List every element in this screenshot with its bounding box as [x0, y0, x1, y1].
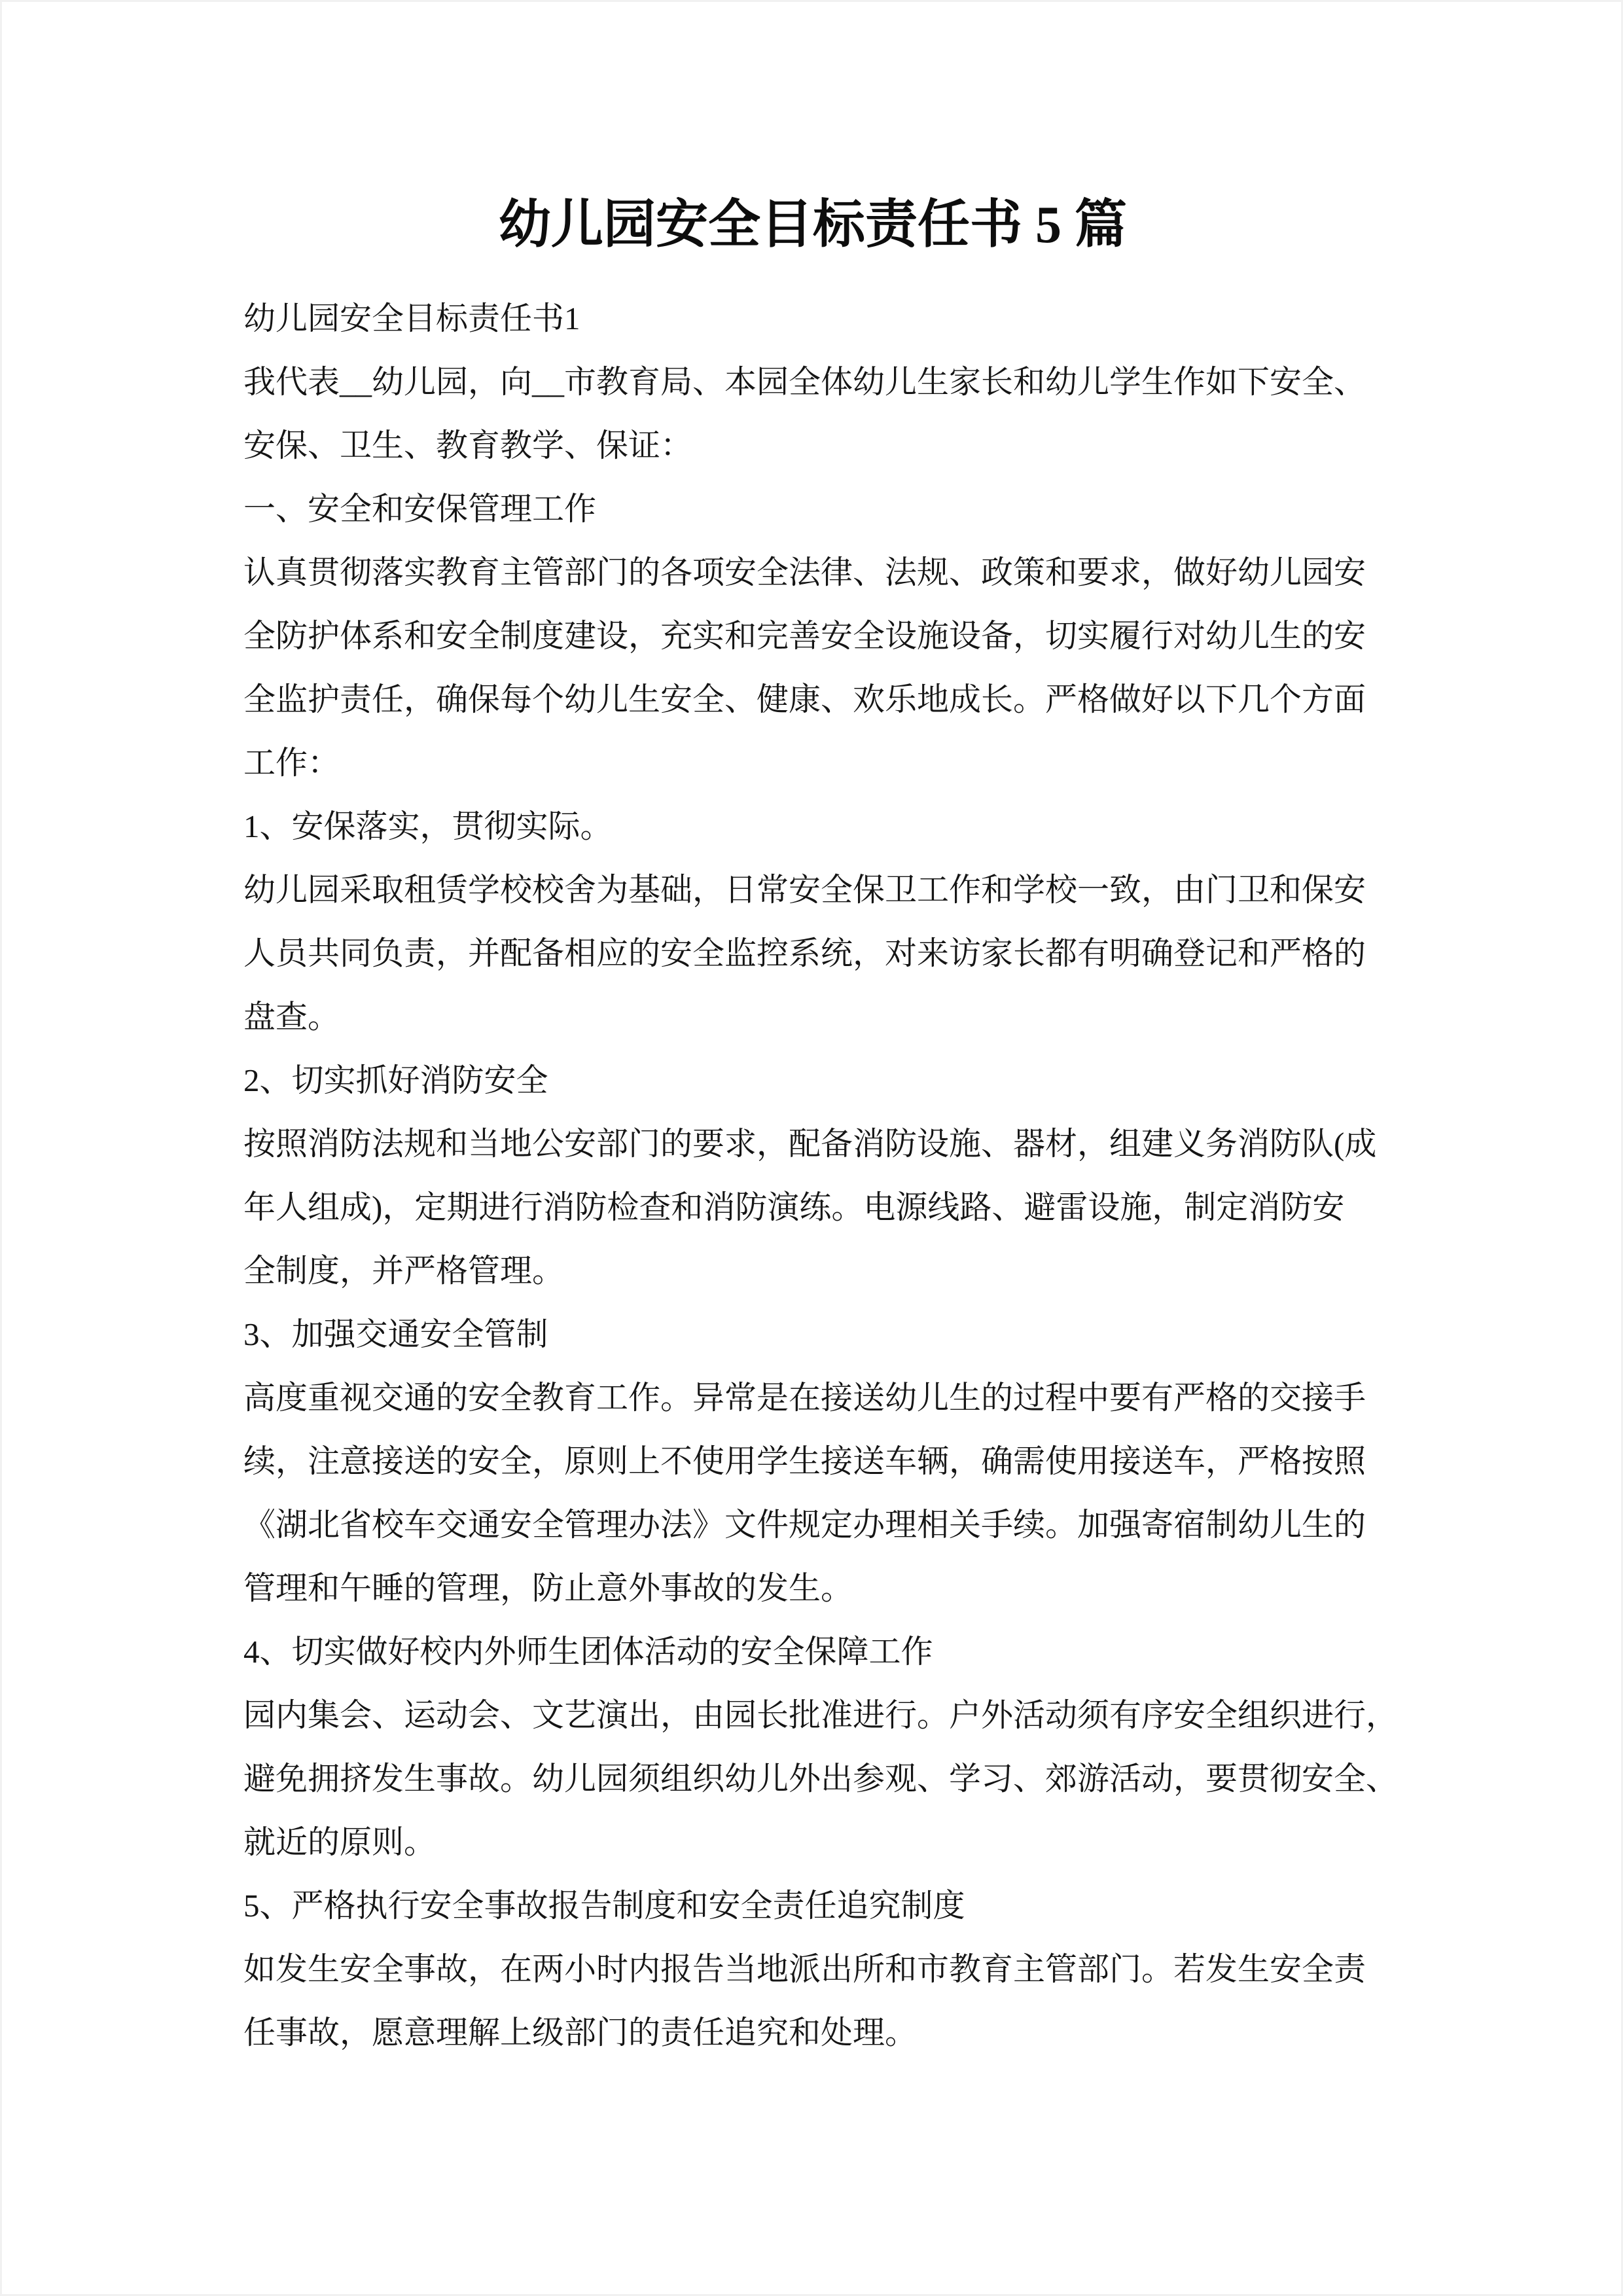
paragraph-line: 园内集会、运动会、文艺演出，由园长批准进行。户外活动须有序安全组织进行，	[243, 1683, 1382, 1747]
paragraph-line: 续，注意接送的安全，原则上不使用学生接送车辆，确需使用接送车，严格按照	[243, 1429, 1382, 1493]
paragraph-line: 人员共同负责，并配备相应的安全监控系统，对来访家长都有明确登记和严格的	[243, 922, 1382, 985]
paragraph-line: 1、安保落实，贯彻实际。	[243, 795, 1382, 858]
paragraph-line: 管理和午睡的管理，防止意外事故的发生。	[243, 1556, 1382, 1620]
paragraph-line: 5、严格执行安全事故报告制度和安全责任追究制度	[243, 1874, 1382, 1937]
paragraph-line: 认真贯彻落实教育主管部门的各项安全法律、法规、政策和要求，做好幼儿园安	[243, 541, 1382, 604]
paragraph-line: 2、切实抓好消防安全	[243, 1049, 1382, 1112]
paragraph-line: 《湖北省校车交通安全管理办法》文件规定办理相关手续。加强寄宿制幼儿生的	[243, 1493, 1382, 1556]
paragraph-line: 就近的原则。	[243, 1810, 1382, 1874]
paragraph-line: 4、切实做好校内外师生团体活动的安全保障工作	[243, 1620, 1382, 1683]
paragraph-line: 幼儿园安全目标责任书1	[243, 287, 1382, 350]
document-content: 幼儿园安全目标责任书 5 篇 幼儿园安全目标责任书1 我代表__幼儿园，向__市…	[243, 0, 1382, 2064]
paragraph-line: 任事故，愿意理解上级部门的责任追究和处理。	[243, 2001, 1382, 2064]
paragraph-line: 幼儿园采取租赁学校校舍为基础，日常安全保卫工作和学校一致，由门卫和保安	[243, 858, 1382, 922]
paragraph-line: 按照消防法规和当地公安部门的要求，配备消防设施、器材，组建义务消防队(成	[243, 1112, 1382, 1175]
paragraph-line: 一、安全和安保管理工作	[243, 477, 1382, 541]
document-page: 幼儿园安全目标责任书 5 篇 幼儿园安全目标责任书1 我代表__幼儿园，向__市…	[0, 0, 1623, 2296]
document-title: 幼儿园安全目标责任书 5 篇	[243, 194, 1382, 257]
paragraph-line: 避免拥挤发生事故。幼儿园须组织幼儿外出参观、学习、郊游活动，要贯彻安全、	[243, 1747, 1382, 1810]
paragraph-line: 安保、卫生、教育教学、保证：	[243, 414, 1382, 477]
document-body: 幼儿园安全目标责任书1 我代表__幼儿园，向__市教育局、本园全体幼儿生家长和幼…	[243, 287, 1382, 2064]
paragraph-line: 盘查。	[243, 985, 1382, 1049]
paragraph-line: 年人组成)，定期进行消防检查和消防演练。电源线路、避雷设施，制定消防安	[243, 1175, 1382, 1239]
paragraph-line: 全防护体系和安全制度建设，充实和完善安全设施设备，切实履行对幼儿生的安	[243, 604, 1382, 668]
paragraph-line: 我代表__幼儿园，向__市教育局、本园全体幼儿生家长和幼儿学生作如下安全、	[243, 350, 1382, 414]
paragraph-line: 高度重视交通的安全教育工作。异常是在接送幼儿生的过程中要有严格的交接手	[243, 1366, 1382, 1429]
paragraph-line: 如发生安全事故，在两小时内报告当地派出所和市教育主管部门。若发生安全责	[243, 1937, 1382, 2001]
paragraph-line: 全制度，并严格管理。	[243, 1239, 1382, 1302]
paragraph-line: 3、加强交通安全管制	[243, 1302, 1382, 1366]
paragraph-line: 工作：	[243, 731, 1382, 795]
paragraph-line: 全监护责任，确保每个幼儿生安全、健康、欢乐地成长。严格做好以下几个方面	[243, 668, 1382, 731]
